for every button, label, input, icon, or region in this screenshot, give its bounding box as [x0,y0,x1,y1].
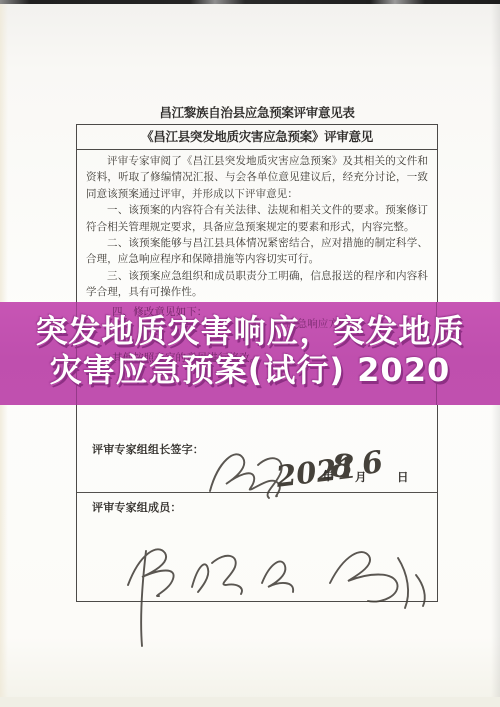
paragraph-item-1: 一、该预案的内容符合有关法律、法规和相关文件的要求。预案修订符合相关管理规定要求… [86,203,428,236]
caption-line-1: 突发地质灾害响应，突发地质 [0,312,500,351]
day-unit-label: 日 [397,469,409,485]
review-opinion-text: 评审专家审阅了《昌江县突发地质灾害应急预案》及其相关的文件和资料，听取了修编情况… [77,151,437,302]
members-signature-label: 评审专家组成员： [92,499,182,515]
paragraph-intro: 评审专家审阅了《昌江县突发地质灾害应急预案》及其相关的文件和资料，听取了修编情况… [86,154,428,203]
photo-bottom-edge [0,697,500,707]
table-header-cell: 《昌江县突发地质灾害应急预案》评审意见 [77,125,437,150]
row-divider [77,492,437,493]
caption-line-2: 灾害应急预案(试行) 2020 [0,351,500,390]
leader-signature-label: 评审专家组组长签字： [92,441,204,457]
handwritten-month: 8 [329,446,354,486]
caption-overlay-band: 四、修改意见如下： 应急响应方案， 2、其他按照专家的意见进行修改。 突发地质灾… [0,302,500,405]
paragraph-item-3: 三、该预案应急组织和成员职责分工明确，信息报送的程序和内容科学合理，具有可操作性… [86,269,428,302]
document-title: 昌江黎族自治县应急预案评审意见表 [76,103,438,121]
caption-title: 突发地质灾害响应，突发地质 灾害应急预案(试行) 2020 [0,312,500,390]
photo-of-review-document: 昌江黎族自治县应急预案评审意见表 《昌江县突发地质灾害应急预案》评审意见 评审专… [0,0,500,707]
photo-top-edge [0,0,500,4]
paragraph-item-2: 二、该预案能够与昌江县具体情况紧密结合，应对措施的制定科学、合理，应急响应程序和… [86,236,428,269]
